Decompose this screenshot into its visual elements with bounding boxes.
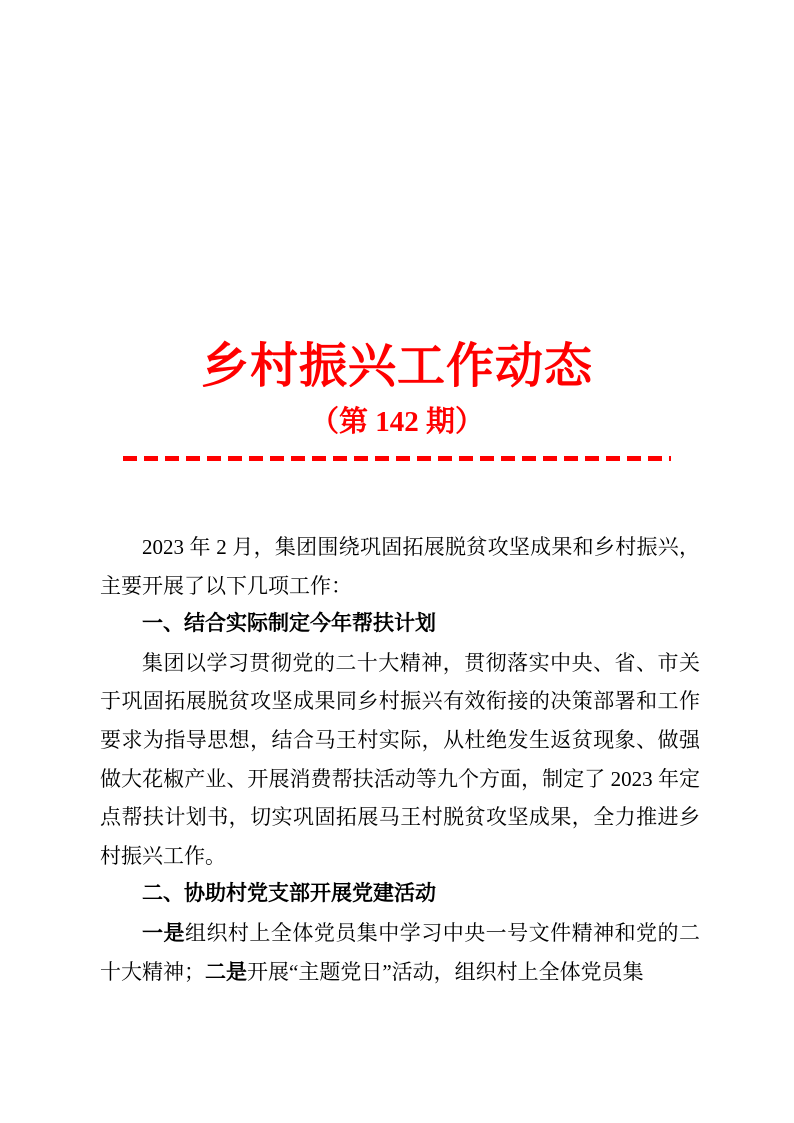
- enumerator-second-text: 开展“主题党日”活动，组织村上全体党员集: [247, 960, 644, 984]
- document-title: 乡村振兴工作动态: [0, 341, 794, 393]
- paragraph-intro: 2023 年 2 月，集团围绕巩固拓展脱贫攻坚成果和乡村振兴，主要开展了以下几项…: [100, 528, 700, 605]
- paragraph-section-2: 一是组织村上全体党员集中学习中央一号文件精神和党的二十大精神；二是开展“主题党日…: [100, 914, 700, 991]
- section-heading-1: 一、结合实际制定今年帮扶计划: [100, 605, 700, 644]
- enumerator-second: 二是: [205, 960, 247, 984]
- paragraph-section-1: 集团以学习贯彻党的二十大精神，贯彻落实中央、省、市关于巩固拓展脱贫攻坚成果同乡村…: [100, 644, 700, 876]
- issue-number: （第 142 期）: [0, 406, 794, 438]
- document-page: 乡村振兴工作动态 （第 142 期） 2023 年 2 月，集团围绕巩固拓展脱贫…: [0, 0, 794, 1123]
- section-heading-2: 二、协助村党支部开展党建活动: [100, 875, 700, 914]
- enumerator-first: 一是: [142, 921, 185, 945]
- dashed-divider: [123, 456, 671, 461]
- masthead: 乡村振兴工作动态 （第 142 期）: [0, 341, 794, 461]
- document-body: 2023 年 2 月，集团围绕巩固拓展脱贫攻坚成果和乡村振兴，主要开展了以下几项…: [100, 528, 700, 991]
